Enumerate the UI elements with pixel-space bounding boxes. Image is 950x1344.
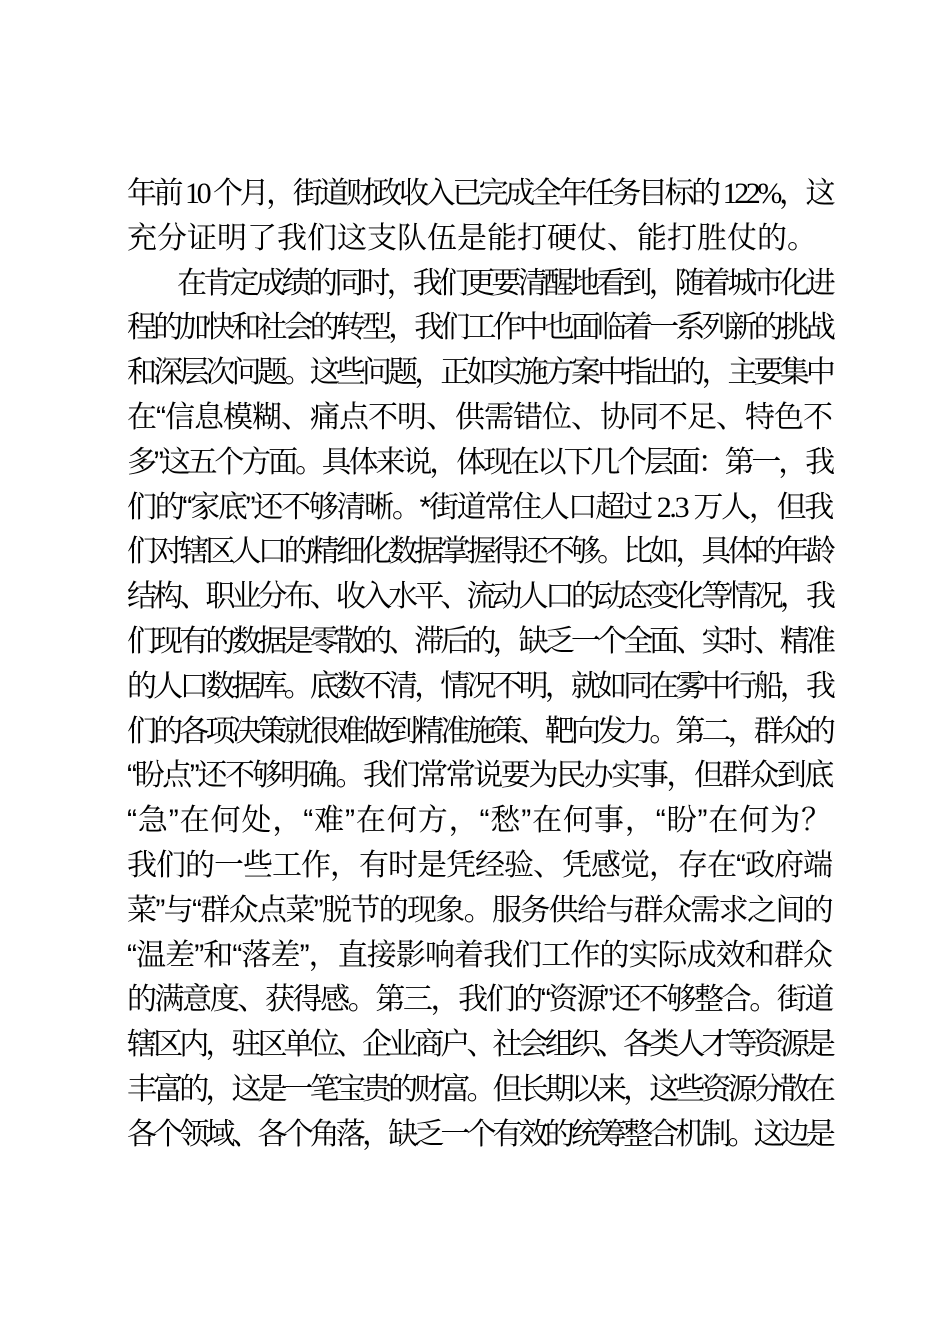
text-line-content: 们对辖区人口的精细化数据掌握得还不够。比如，具体的年龄 (127, 535, 832, 568)
cjk-text-run: 在“信息模糊、痛点不明、供需错位、协同不足、特色不 (127, 401, 832, 434)
text-line-content: 在“信息模糊、痛点不明、供需错位、协同不足、特色不 (127, 401, 832, 434)
text-line-content: 在肯定成绩的同时，我们更要清醒地看到，随着城市化进 (177, 267, 832, 300)
text-line: 年前 10 个月，街道财政收入已完成全年任务目标的 122%，这 (127, 172, 832, 217)
text-line: 充分证明了我们这支队伍是能打硬仗、能打胜仗的。 (127, 217, 832, 262)
cjk-text-run: 在肯定成绩的同时，我们更要清醒地看到，随着城市化进 (177, 267, 832, 300)
text-line-content: 多”这五个方面。具体来说，体现在以下几个层面：第一，我 (127, 446, 832, 479)
cjk-text-run: 的满意度、获得感。第三，我们的“资源”还不够整合。街道 (127, 983, 832, 1016)
text-line: 们的“家底”还不够清晰。*街道常住人口超过 2.3 万人，但我 (127, 486, 832, 531)
text-line: 结构、职业分布、收入水平、流动人口的动态变化等情况，我 (127, 575, 832, 620)
text-line-content: 丰富的，这是一笔宝贵的财富。但长期以来，这些资源分散在 (127, 1073, 832, 1106)
document-text: 年前 10 个月，街道财政收入已完成全年任务目标的 122%，这充分证明了我们这… (127, 172, 832, 1158)
cjk-text-run: 们的“家底”还不够清晰。*街道常住人口超过 (127, 491, 657, 524)
cjk-text-run: 个月，街道财政收入已完成全年任务目标的 (208, 177, 722, 210)
cjk-text-run: “急”在何处，“难”在何方，“愁”在何事，“盼”在何为？ (127, 804, 832, 837)
document-page: 年前 10 个月，街道财政收入已完成全年任务目标的 122%，这充分证明了我们这… (0, 0, 950, 1344)
cjk-text-run: 多”这五个方面。具体来说，体现在以下几个层面：第一，我 (127, 446, 832, 479)
text-line-content: “急”在何处，“难”在何方，“愁”在何事，“盼”在何为？ (127, 804, 832, 837)
text-line-content: “温差”和“落差”，直接影响着我们工作的实际成效和群众 (127, 939, 832, 972)
text-line: 多”这五个方面。具体来说，体现在以下几个层面：第一，我 (127, 441, 832, 486)
text-line: 各个领域、各个角落，缺乏一个有效的统筹整合机制。这边是 (127, 1113, 832, 1158)
text-line-content: 们现有的数据是零散的、滞后的，缺乏一个全面、实时、精准 (127, 625, 832, 658)
text-line-content: 和深层次问题。这些问题，正如实施方案中指出的，主要集中 (127, 356, 832, 389)
text-line: 在“信息模糊、痛点不明、供需错位、协同不足、特色不 (127, 396, 832, 441)
text-line: “盼点”还不够明确。我们常常说要为民办实事，但群众到底 (127, 754, 832, 799)
cjk-text-run: 的人口数据库。底数不清，情况不明，就如同在雾中行船，我 (127, 670, 832, 703)
latin-text-run: 10 (185, 177, 208, 210)
text-line: 程的加快和社会的转型，我们工作中也面临着一系列新的挑战 (127, 306, 832, 351)
text-line-content: 结构、职业分布、收入水平、流动人口的动态变化等情况，我 (127, 580, 832, 613)
cjk-text-run: “温差”和“落差”，直接影响着我们工作的实际成效和群众 (127, 939, 832, 972)
text-line: 们对辖区人口的精细化数据掌握得还不够。比如，具体的年龄 (127, 530, 832, 575)
text-line-content: 们的各项决策就很难做到精准施策、靶向发力。第二，群众的 (127, 715, 832, 748)
text-line: 辖区内，驻区单位、企业商户、社会组织、各类人才等资源是 (127, 1023, 832, 1068)
cjk-text-run: 年前 (127, 177, 185, 210)
text-line-content: 们的“家底”还不够清晰。*街道常住人口超过 2.3 万人，但我 (127, 491, 832, 524)
cjk-text-run: 辖区内，驻区单位、企业商户、社会组织、各类人才等资源是 (127, 1028, 832, 1061)
text-line: 和深层次问题。这些问题，正如实施方案中指出的，主要集中 (127, 351, 832, 396)
latin-text-run: 2.3 (657, 491, 688, 524)
latin-text-run: 122% (723, 177, 779, 210)
text-line-content: 辖区内，驻区单位、企业商户、社会组织、各类人才等资源是 (127, 1028, 832, 1061)
text-line: 菜”与“群众点菜”脱节的现象。服务供给与群众需求之间的 (127, 889, 832, 934)
text-line-content: 各个领域、各个角落，缺乏一个有效的统筹整合机制。这边是 (127, 1118, 832, 1151)
cjk-text-run: 结构、职业分布、收入水平、流动人口的动态变化等情况，我 (127, 580, 832, 613)
text-line-content: 菜”与“群众点菜”脱节的现象。服务供给与群众需求之间的 (127, 894, 832, 927)
cjk-text-run: 和深层次问题。这些问题，正如实施方案中指出的，主要集中 (127, 356, 832, 389)
cjk-text-run: 程的加快和社会的转型，我们工作中也面临着一系列新的挑战 (127, 311, 832, 344)
text-line: “温差”和“落差”，直接影响着我们工作的实际成效和群众 (127, 934, 832, 979)
cjk-text-run: 丰富的，这是一笔宝贵的财富。但长期以来，这些资源分散在 (127, 1073, 832, 1106)
text-line-content: 的人口数据库。底数不清，情况不明，就如同在雾中行船，我 (127, 670, 832, 703)
cjk-text-run: 各个领域、各个角落，缺乏一个有效的统筹整合机制。这边是 (127, 1118, 832, 1151)
text-line: 我们的一些工作，有时是凭经验、凭感觉，存在“政府端 (127, 844, 832, 889)
cjk-text-run: 充分证明了我们这支队伍是能打硬仗、能打胜仗的。 (127, 222, 817, 255)
cjk-text-run: ，这 (779, 177, 832, 210)
text-line-content: 程的加快和社会的转型，我们工作中也面临着一系列新的挑战 (127, 311, 832, 344)
text-line-content: 年前 10 个月，街道财政收入已完成全年任务目标的 122%，这 (127, 177, 832, 210)
text-line: 丰富的，这是一笔宝贵的财富。但长期以来，这些资源分散在 (127, 1068, 832, 1113)
text-line: 的满意度、获得感。第三，我们的“资源”还不够整合。街道 (127, 978, 832, 1023)
text-line-content: 我们的一些工作，有时是凭经验、凭感觉，存在“政府端 (127, 849, 832, 882)
cjk-text-run: 们现有的数据是零散的、滞后的，缺乏一个全面、实时、精准 (127, 625, 832, 658)
cjk-text-run: 们的各项决策就很难做到精准施策、靶向发力。第二，群众的 (127, 715, 832, 748)
cjk-text-run: 我们的一些工作，有时是凭经验、凭感觉，存在“政府端 (127, 849, 832, 882)
text-line: “急”在何处，“难”在何方，“愁”在何事，“盼”在何为？ (127, 799, 832, 844)
text-line: 在肯定成绩的同时，我们更要清醒地看到，随着城市化进 (127, 262, 832, 307)
cjk-text-run: 万人，但我 (687, 491, 832, 524)
text-line: 们的各项决策就很难做到精准施策、靶向发力。第二，群众的 (127, 710, 832, 755)
cjk-text-run: 们对辖区人口的精细化数据掌握得还不够。比如，具体的年龄 (127, 535, 832, 568)
text-line: 的人口数据库。底数不清，情况不明，就如同在雾中行船，我 (127, 665, 832, 710)
cjk-text-run: 菜”与“群众点菜”脱节的现象。服务供给与群众需求之间的 (127, 894, 832, 927)
text-line-content: 的满意度、获得感。第三，我们的“资源”还不够整合。街道 (127, 983, 832, 1016)
cjk-text-run: “盼点”还不够明确。我们常常说要为民办实事，但群众到底 (127, 759, 832, 792)
text-line: 们现有的数据是零散的、滞后的，缺乏一个全面、实时、精准 (127, 620, 832, 665)
text-line-content: “盼点”还不够明确。我们常常说要为民办实事，但群众到底 (127, 759, 832, 792)
text-line-content: 充分证明了我们这支队伍是能打硬仗、能打胜仗的。 (127, 222, 817, 255)
